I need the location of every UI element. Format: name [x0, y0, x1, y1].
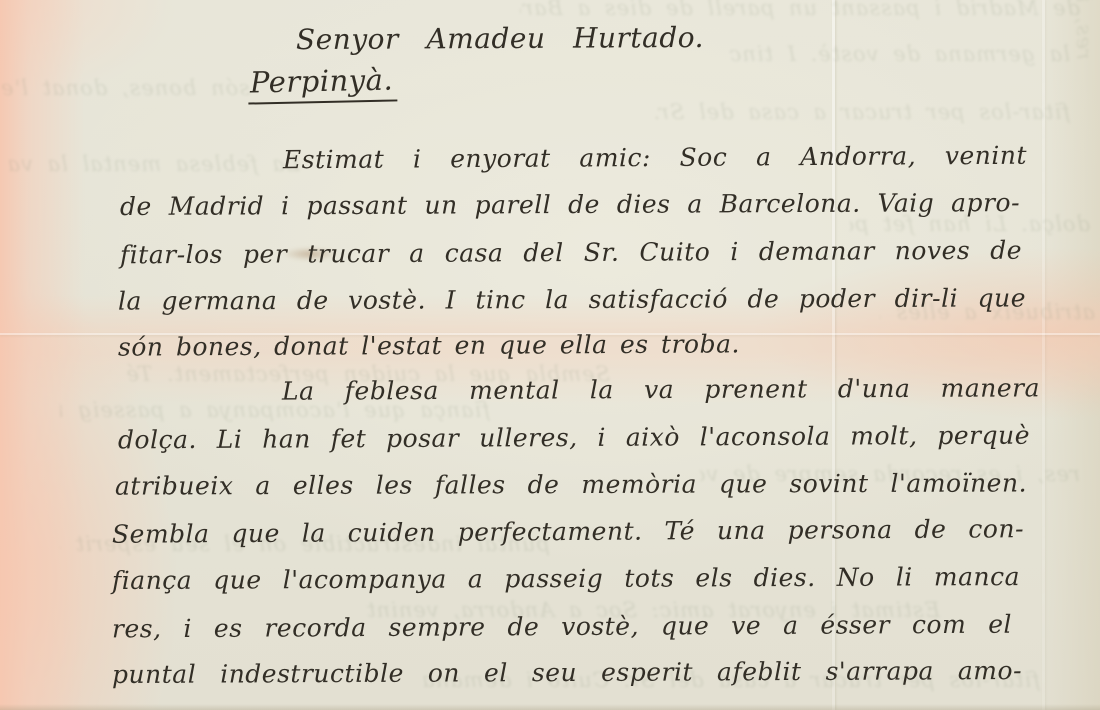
recipient-line: Senyor Amadeu Hurtado.	[296, 21, 704, 59]
letter-photo: { "letter": { "recipient": "Senyor Amade…	[0, 0, 1100, 710]
letter-line: de Madrid i passant un parell de dies a …	[120, 186, 1020, 226]
letter-line: són bones, donat l'estat en que ella es …	[118, 327, 740, 364]
letter-line: res, i es recorda sempre de vostè, que v…	[112, 608, 1012, 649]
bottom-edge-shadow	[0, 704, 1100, 710]
place-line: Perpinyà.	[248, 63, 397, 103]
place-underlined-text: Perpinyà.	[248, 62, 398, 104]
letter-line: La feblesa mental la va prenent d'una ma…	[282, 371, 1040, 410]
letter-line: Estimat i enyorat amic: Soc a Andorra, v…	[283, 139, 1027, 180]
letter-line: atribueix a elles les falles de memòria …	[115, 466, 1027, 505]
letter-line: la germana de vostè. I tinc la satisfacc…	[118, 281, 1026, 320]
vertical-fold-crease	[832, 0, 835, 710]
letter-line: dolça. Li han fet posar ulleres, i això …	[118, 419, 1030, 460]
letter-line: puntal indestructible on el seu esperit …	[112, 654, 1022, 694]
letter-line: Sembla que la cuiden perfectament. Té un…	[112, 512, 1024, 554]
letter-line: fiança que l'acompanya a passeig tots el…	[112, 560, 1020, 600]
letter-line: fitar-los per trucar a casa del Sr. Cuit…	[120, 234, 1022, 275]
vertical-fold-crease-right	[1042, 0, 1045, 710]
